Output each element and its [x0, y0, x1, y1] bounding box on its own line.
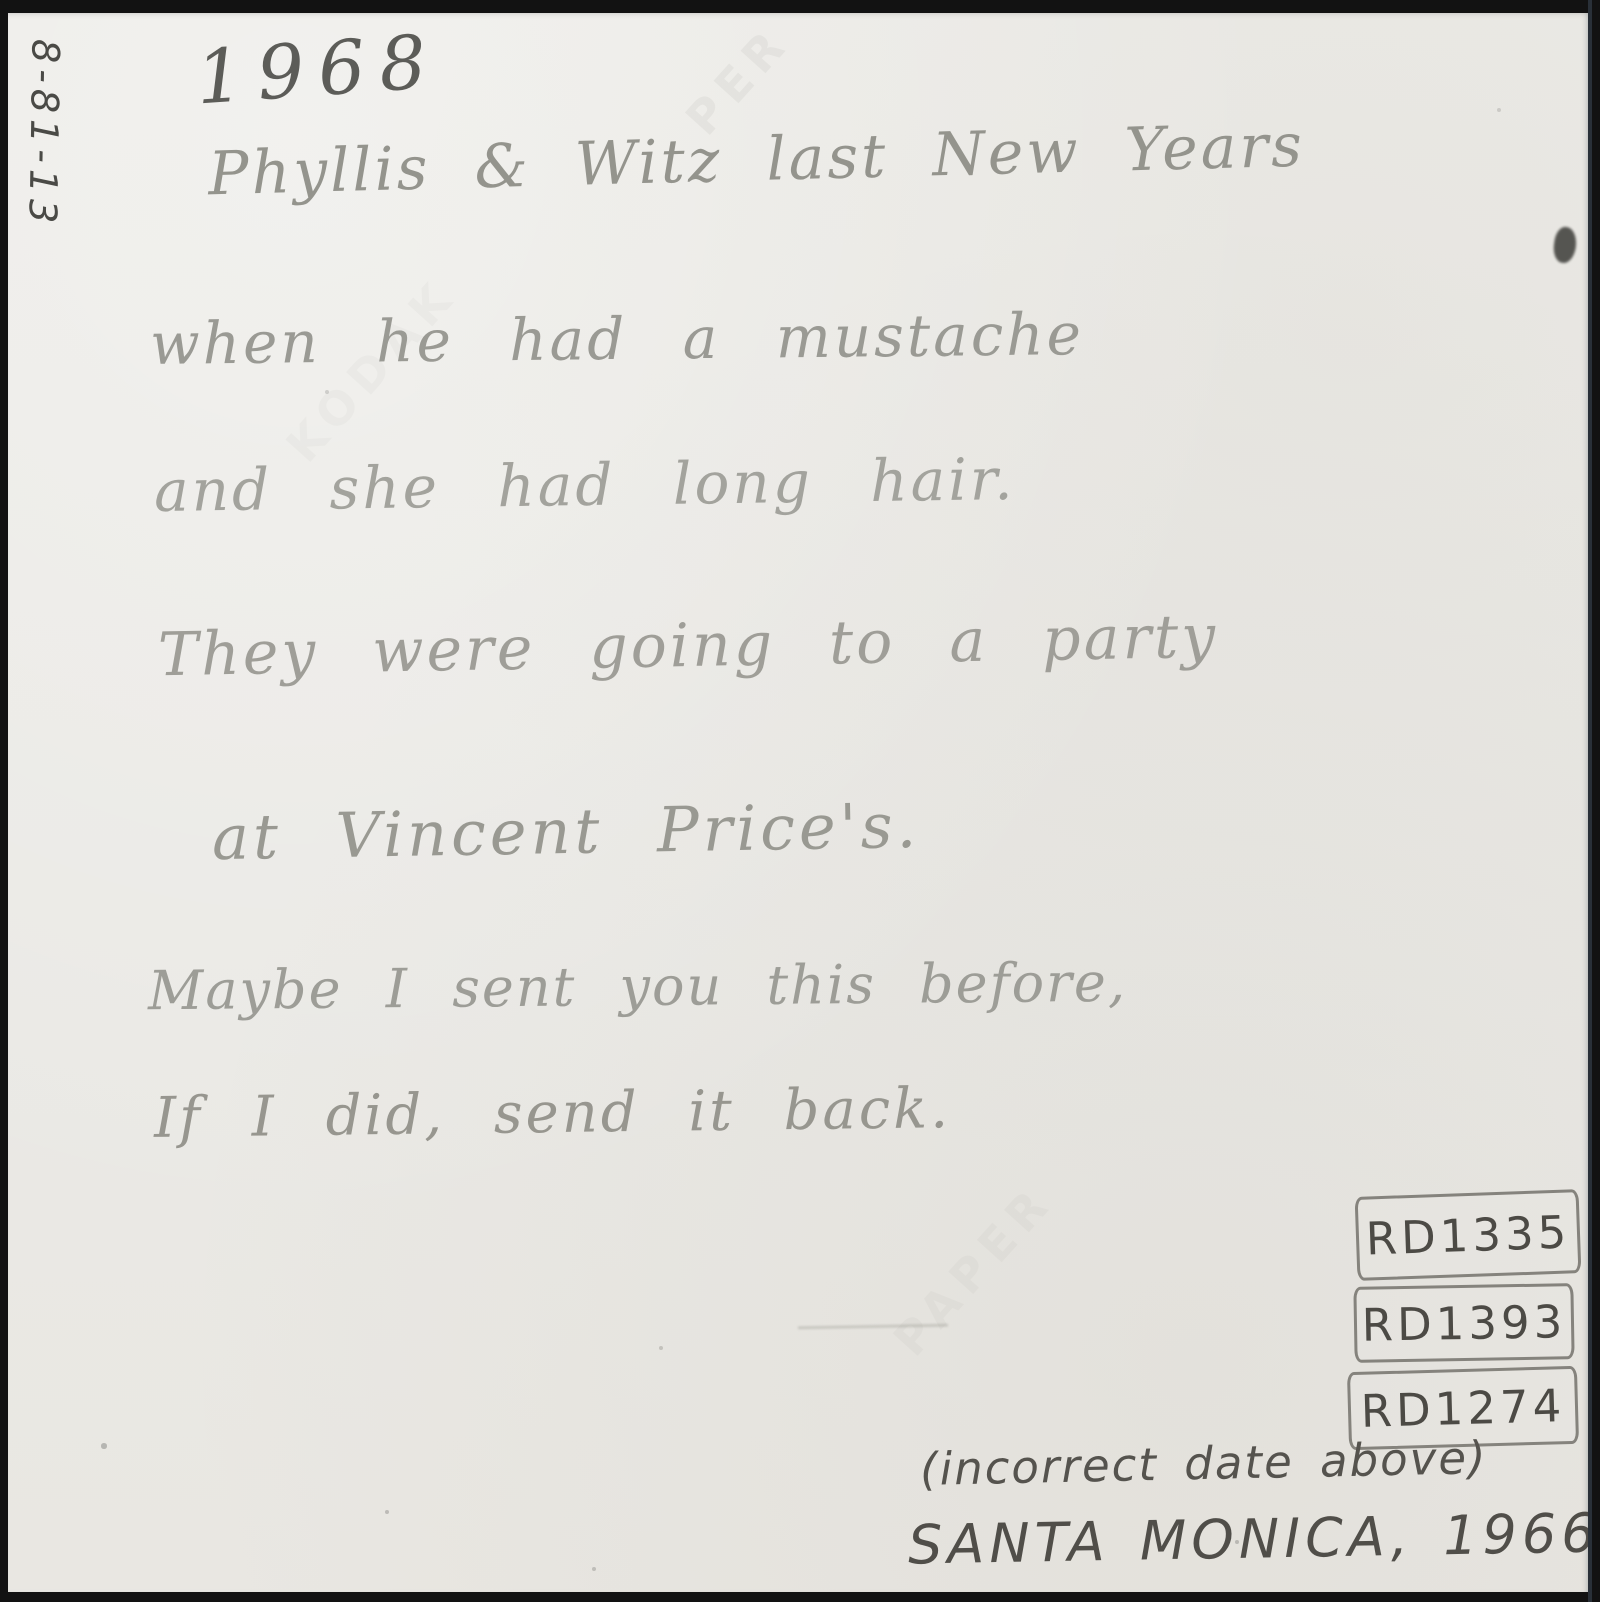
photo-paper: PER KODAK PAPER 8-81-13 1968 Phyllis & W… [8, 13, 1588, 1592]
dust-specks [8, 13, 10, 15]
year-annotation: 1968 [193, 19, 443, 122]
note-line: at Vincent Price's. [211, 789, 920, 874]
archive-number: 8-81-13 [20, 39, 67, 230]
note-line: They were going to a party [157, 602, 1218, 690]
catalog-stamp: RD1335 [1355, 1189, 1582, 1281]
ink-smudge [1552, 226, 1579, 265]
location-date-annotation: SANTA MONICA, 1966/7 [908, 1500, 1588, 1576]
catalog-stamp-label: RD1393 [1361, 1295, 1566, 1352]
catalog-stamp-label: RD1274 [1360, 1379, 1566, 1438]
note-line: If I did, send it back. [154, 1076, 952, 1151]
kodak-paper-watermark: PAPER [883, 1174, 1064, 1367]
note-line: Maybe I sent you this before, [148, 951, 1128, 1023]
catalog-stamp: RD1393 [1353, 1283, 1574, 1363]
note-line: and she had long hair. [154, 445, 1016, 525]
correction-note: (incorrect date above) [920, 1431, 1489, 1496]
catalog-stamp-label: RD1335 [1365, 1205, 1571, 1265]
note-line: Phyllis & Witz last New Years [207, 111, 1305, 210]
scanned-photo-back: PER KODAK PAPER 8-81-13 1968 Phyllis & W… [0, 0, 1600, 1602]
note-line: when he had a mustache [150, 300, 1085, 378]
